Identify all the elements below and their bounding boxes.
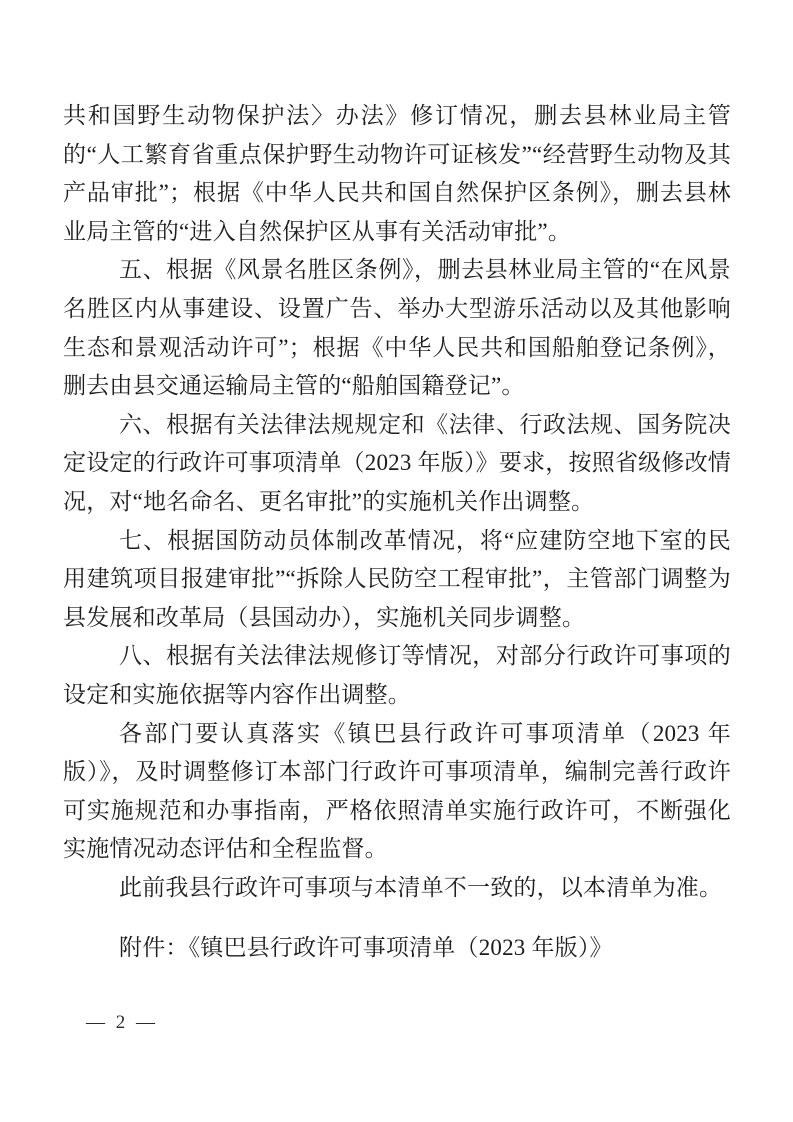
document-body: 共和国野生动物保护法〉办法》修订情况，删去县林业局主管的“人工繁育省重点保护野生… <box>63 97 731 968</box>
paragraph-closing: 此前我县行政许可事项与本清单不一致的，以本清单为准。 <box>63 869 731 908</box>
paragraph-item-6: 六、根据有关法律法规规定和《法律、行政法规、国务院决定设定的行政许可事项清单（2… <box>63 406 731 522</box>
paragraph-continuation: 共和国野生动物保护法〉办法》修订情况，删去县林业局主管的“人工繁育省重点保护野生… <box>63 97 731 251</box>
page-number: — 2 — <box>86 1011 158 1035</box>
document-page: 共和国野生动物保护法〉办法》修订情况，删去县林业局主管的“人工繁育省重点保护野生… <box>0 0 793 1122</box>
paragraph-item-8: 八、根据有关法律法规修订等情况，对部分行政许可事项的设定和实施依据等内容作出调整… <box>63 637 731 714</box>
paragraph-implementation: 各部门要认真落实《镇巴县行政许可事项清单（2023 年版）》，及时调整修订本部门… <box>63 715 731 869</box>
attachment-line: 附件：《镇巴县行政许可事项清单（2023 年版）》 <box>63 929 731 968</box>
paragraph-item-7: 七、根据国防动员体制改革情况，将“应建防空地下室的民用建筑项目报建审批”“拆除人… <box>63 522 731 638</box>
paragraph-item-5: 五、根据《风景名胜区条例》，删去县林业局主管的“在风景名胜区内从事建设、设置广告… <box>63 251 731 405</box>
